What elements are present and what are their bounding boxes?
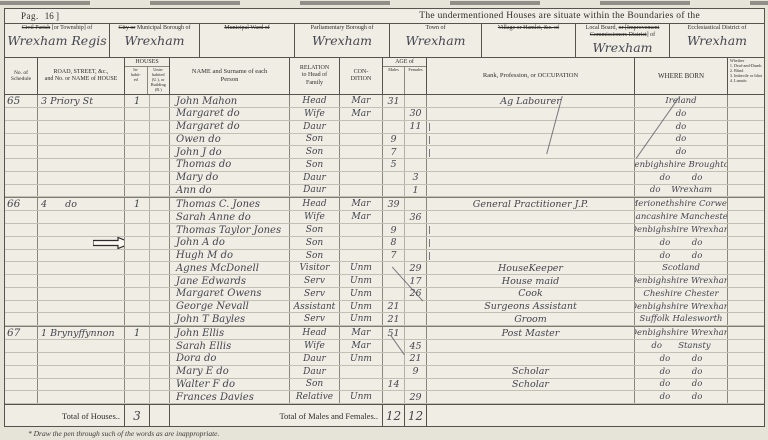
- col-inh-cell: [125, 211, 150, 223]
- col-inf-cell: [728, 391, 764, 403]
- pointer-arrow-icon: [93, 237, 125, 249]
- field-value: Wrexham: [312, 33, 372, 48]
- col-m-cell: [383, 185, 405, 197]
- col-sch-cell: [5, 379, 38, 391]
- table-row: Dora doDaurUnm21do do: [5, 353, 764, 366]
- totals-row: Total of Houses.. 3 Total of Males and F…: [5, 404, 764, 426]
- table-row: Margaret doWifeMar30do: [5, 108, 764, 121]
- col-rel-cell: Wife: [290, 211, 340, 223]
- col-uninh-cell: [150, 121, 170, 133]
- col-m-cell: [383, 288, 405, 300]
- col-street-cell: [38, 275, 125, 287]
- table-row: John A doSon8do do: [5, 237, 764, 250]
- col-sch-cell: [5, 340, 38, 352]
- col-occ-cell: [427, 185, 635, 197]
- col-inh-cell: [125, 262, 150, 274]
- col-street-cell: [38, 313, 125, 325]
- col-uninh-cell: [150, 288, 170, 300]
- col-f-cell: [405, 313, 427, 325]
- col-f-cell: [405, 379, 427, 391]
- table-row: Sarah EllisWifeMar45do Stansty: [5, 340, 764, 353]
- field-ecclesiastical-district: Ecclesiastical District of Wrexham: [670, 24, 764, 57]
- table-row: George NevallAssistantUnm21Surgeons Assi…: [5, 301, 764, 314]
- total-males-value: 12: [383, 405, 405, 426]
- col-m-cell: 9: [383, 224, 405, 236]
- field-label: Town of: [425, 25, 445, 32]
- col-inf-cell: [728, 211, 764, 223]
- col-name-cell: John Mahon: [170, 95, 290, 107]
- col-street-cell: [38, 121, 125, 133]
- col-rel-cell: Son: [290, 250, 340, 262]
- col-f-cell: [405, 159, 427, 171]
- col-occ-cell: [427, 121, 635, 133]
- col-occ-cell: Cook: [427, 288, 635, 300]
- col-inf-cell: [728, 327, 764, 339]
- scan-edge-artifact: [0, 1, 768, 5]
- col-m-cell: 5: [383, 159, 405, 171]
- table-row: Frances DaviesRelativeUnm29do do: [5, 391, 764, 404]
- col-sch-cell: [5, 366, 38, 378]
- col-born-cell: Lancashire Manchester: [635, 211, 728, 223]
- col-m-cell: 7: [383, 146, 405, 158]
- total-females-value: 12: [405, 405, 427, 426]
- col-born-cell: do do: [635, 379, 728, 391]
- col-rel-cell: Daur: [290, 366, 340, 378]
- col-f-cell: [405, 95, 427, 107]
- col-inf-cell: [728, 172, 764, 184]
- col-inf-cell: [728, 250, 764, 262]
- col-name-cell: Margaret Owens: [170, 288, 290, 300]
- col-cond-cell: Mar: [340, 327, 383, 339]
- col-cond-cell: Mar: [340, 211, 383, 223]
- col-cond-cell: Unm: [340, 262, 383, 274]
- col-street-cell: [38, 172, 125, 184]
- field-label: City or Municipal Borough of: [118, 25, 190, 32]
- col-uninh-cell: [150, 275, 170, 287]
- col-cond-cell: [340, 172, 383, 184]
- col-name-cell: Margaret do: [170, 108, 290, 120]
- col-name-cell: Thomas C. Jones: [170, 198, 290, 210]
- header-name: NAME and Surname of each Person: [170, 58, 290, 94]
- col-street-cell: [38, 379, 125, 391]
- table-row: Agnes McDonellVisitorUnm29HouseKeeperSco…: [5, 262, 764, 275]
- field-label: Ecclesiastical District of: [688, 25, 747, 32]
- col-rel-cell: Serv: [290, 275, 340, 287]
- header-street: ROAD, STREET, &c., and No. or NAME of HO…: [38, 58, 125, 94]
- col-uninh-cell: [150, 211, 170, 223]
- table-row: 653 Priory St1John MahonHeadMar31Ag Labo…: [5, 95, 764, 108]
- table-row: Thomas doSon5Denbighshire Broughton: [5, 159, 764, 172]
- col-name-cell: Hugh M do: [170, 250, 290, 262]
- col-sch-cell: [5, 224, 38, 236]
- col-f-cell: 29: [405, 262, 427, 274]
- col-m-cell: [383, 353, 405, 365]
- col-name-cell: Agnes McDonell: [170, 262, 290, 274]
- col-cond-cell: Unm: [340, 391, 383, 403]
- col-born-cell: Suffolk Halesworth: [635, 313, 728, 325]
- col-rel-cell: Wife: [290, 340, 340, 352]
- col-sch-cell: [5, 121, 38, 133]
- col-name-cell: Margaret do: [170, 121, 290, 133]
- col-cond-cell: Unm: [340, 353, 383, 365]
- col-name-cell: John Ellis: [170, 327, 290, 339]
- col-born-cell: do: [635, 108, 728, 120]
- col-m-cell: [383, 211, 405, 223]
- form-title-bar: Pag. 16 ] The undermentioned Houses are …: [5, 9, 764, 24]
- col-inf-cell: [728, 146, 764, 158]
- col-occ-cell: [427, 211, 635, 223]
- col-occ-cell: Ag Labourer: [427, 95, 635, 107]
- col-inh-cell: [125, 250, 150, 262]
- col-inf-cell: [728, 159, 764, 171]
- table-body: 653 Priory St1John MahonHeadMar31Ag Labo…: [5, 95, 764, 404]
- col-born-cell: Scotland: [635, 262, 728, 274]
- col-rel-cell: Wife: [290, 108, 340, 120]
- col-inf-cell: [728, 366, 764, 378]
- col-f-cell: [405, 198, 427, 210]
- col-street-cell: 3 Priory St: [38, 95, 125, 107]
- col-m-cell: 31: [383, 95, 405, 107]
- col-rel-cell: Head: [290, 95, 340, 107]
- table-row: Thomas Taylor JonesSon9Denbighshire Wrex…: [5, 224, 764, 237]
- col-uninh-cell: [150, 185, 170, 197]
- col-inh-cell: [125, 224, 150, 236]
- col-occ-cell: Surgeons Assistant: [427, 301, 635, 313]
- col-name-cell: Walter F do: [170, 379, 290, 391]
- col-rel-cell: Daur: [290, 353, 340, 365]
- col-name-cell: Dora do: [170, 353, 290, 365]
- col-uninh-cell: [150, 134, 170, 146]
- col-m-cell: [383, 172, 405, 184]
- col-occ-cell: Scholar: [427, 379, 635, 391]
- col-occ-cell: Groom: [427, 313, 635, 325]
- col-sch-cell: [5, 108, 38, 120]
- col-cond-cell: [340, 224, 383, 236]
- header-age: AGE of: [395, 58, 414, 66]
- enumerator-tick-mark: [429, 123, 430, 131]
- col-f-cell: [405, 327, 427, 339]
- field-label: Civil Parish [or Township] of: [22, 25, 92, 32]
- totals-spacer: [150, 405, 170, 426]
- col-uninh-cell: [150, 250, 170, 262]
- header-relation: RELATION to Head of Family: [290, 58, 340, 94]
- col-born-cell: do: [635, 121, 728, 133]
- col-f-cell: 3: [405, 172, 427, 184]
- col-occ-cell: [427, 146, 635, 158]
- col-cond-cell: Mar: [340, 340, 383, 352]
- col-rel-cell: Relative: [290, 391, 340, 403]
- col-rel-cell: Son: [290, 379, 340, 391]
- col-born-cell: do do: [635, 353, 728, 365]
- col-f-cell: 11: [405, 121, 427, 133]
- header-condition: CON- DITION: [340, 58, 383, 94]
- col-m-cell: 51: [383, 327, 405, 339]
- col-born-cell: do do: [635, 250, 728, 262]
- col-street-cell: 4 do: [38, 198, 125, 210]
- col-f-cell: 30: [405, 108, 427, 120]
- col-sch-cell: [5, 185, 38, 197]
- census-page: Pag. 16 ] The undermentioned Houses are …: [0, 0, 768, 440]
- field-value: Wrexham: [405, 33, 465, 48]
- col-inh-cell: [125, 340, 150, 352]
- col-born-cell: Merionethshire Corwen: [635, 198, 728, 210]
- enumerator-tick-mark: [429, 149, 430, 157]
- col-rel-cell: Son: [290, 224, 340, 236]
- table-row: Sarah Anne doWifeMar36Lancashire Manches…: [5, 211, 764, 224]
- header-age-group: AGE of Males Females: [383, 58, 427, 94]
- col-inf-cell: [728, 313, 764, 325]
- col-f-cell: 45: [405, 340, 427, 352]
- table-row: Jane EdwardsServUnm17House maidDenbighsh…: [5, 275, 764, 288]
- enumerator-tick-mark: [429, 252, 430, 260]
- col-inh-cell: [125, 391, 150, 403]
- col-inh-cell: [125, 108, 150, 120]
- table-row: Mary doDaur3do do: [5, 172, 764, 185]
- col-born-cell: Cheshire Chester: [635, 288, 728, 300]
- col-inf-cell: [728, 134, 764, 146]
- col-inh-cell: [125, 121, 150, 133]
- col-f-cell: [405, 146, 427, 158]
- col-uninh-cell: [150, 340, 170, 352]
- field-label: Municipal Ward of: [224, 25, 269, 32]
- boundary-fields-row: Civil Parish [or Township] of Wrexham Re…: [5, 24, 764, 58]
- enumerator-tick-mark: [429, 136, 430, 144]
- col-inh-cell: [125, 353, 150, 365]
- col-cond-cell: [340, 121, 383, 133]
- total-houses-label: Total of Houses..: [5, 405, 125, 426]
- page-number: 16 ]: [45, 11, 59, 21]
- header-houses: HOUSES: [135, 58, 158, 66]
- col-name-cell: Thomas Taylor Jones: [170, 224, 290, 236]
- col-inh-cell: 1: [125, 95, 150, 107]
- col-m-cell: 21: [383, 313, 405, 325]
- col-street-cell: [38, 366, 125, 378]
- col-inf-cell: [728, 185, 764, 197]
- table-row: John J doSon7do: [5, 146, 764, 159]
- col-cond-cell: Mar: [340, 108, 383, 120]
- col-rel-cell: Assistant: [290, 301, 340, 313]
- col-f-cell: 36: [405, 211, 427, 223]
- col-name-cell: Ann do: [170, 185, 290, 197]
- col-occ-cell: [427, 237, 635, 249]
- table-row: John T BaylesServUnm21GroomSuffolk Hales…: [5, 313, 764, 326]
- col-born-cell: do do: [635, 237, 728, 249]
- col-name-cell: Owen do: [170, 134, 290, 146]
- col-cond-cell: [340, 146, 383, 158]
- col-sch-cell: [5, 353, 38, 365]
- col-rel-cell: Daur: [290, 172, 340, 184]
- col-uninh-cell: [150, 237, 170, 249]
- col-occ-cell: [427, 353, 635, 365]
- col-sch-cell: [5, 391, 38, 403]
- col-sch-cell: [5, 146, 38, 158]
- col-born-cell: Ireland: [635, 95, 728, 107]
- field-municipal-ward: Municipal Ward of: [200, 24, 295, 57]
- col-street-cell: [38, 353, 125, 365]
- col-uninh-cell: [150, 95, 170, 107]
- col-cond-cell: Mar: [340, 95, 383, 107]
- col-uninh-cell: [150, 262, 170, 274]
- col-inf-cell: [728, 353, 764, 365]
- col-street-cell: [38, 159, 125, 171]
- col-cond-cell: [340, 159, 383, 171]
- col-rel-cell: Daur: [290, 185, 340, 197]
- table-row: 664 do1Thomas C. JonesHeadMar39General P…: [5, 197, 764, 211]
- col-name-cell: Sarah Ellis: [170, 340, 290, 352]
- col-born-cell: do do: [635, 366, 728, 378]
- table-row: 671 Brynyffynnon1John EllisHeadMar51Post…: [5, 326, 764, 340]
- col-born-cell: Denbighshire Wrexham: [635, 327, 728, 339]
- col-name-cell: Sarah Anne do: [170, 211, 290, 223]
- table-row: Ann doDaur1do Wrexham: [5, 185, 764, 198]
- col-inh-cell: [125, 185, 150, 197]
- col-street-cell: [38, 288, 125, 300]
- col-cond-cell: Unm: [340, 313, 383, 325]
- col-born-cell: do: [635, 146, 728, 158]
- col-uninh-cell: [150, 301, 170, 313]
- table-row: Walter F doSon14Scholardo do: [5, 379, 764, 392]
- col-uninh-cell: [150, 379, 170, 391]
- col-cond-cell: Unm: [340, 275, 383, 287]
- col-name-cell: Jane Edwards: [170, 275, 290, 287]
- col-occ-cell: [427, 340, 635, 352]
- table-header-row: No. of Schedule ROAD, STREET, &c., and N…: [5, 58, 764, 95]
- col-m-cell: 8: [383, 237, 405, 249]
- col-f-cell: [405, 250, 427, 262]
- col-uninh-cell: [150, 172, 170, 184]
- col-street-cell: [38, 185, 125, 197]
- col-rel-cell: Son: [290, 237, 340, 249]
- col-born-cell: Denbighshire Wrexham: [635, 275, 728, 287]
- col-street-cell: [38, 146, 125, 158]
- col-occ-cell: [427, 108, 635, 120]
- col-uninh-cell: [150, 353, 170, 365]
- col-inh-cell: [125, 237, 150, 249]
- col-cond-cell: Unm: [340, 301, 383, 313]
- col-uninh-cell: [150, 391, 170, 403]
- col-inf-cell: [728, 95, 764, 107]
- col-street-cell: [38, 340, 125, 352]
- col-occ-cell: Scholar: [427, 366, 635, 378]
- houses-subheader: In- habit- ed Unin- habited (U.), or Bui…: [125, 66, 169, 94]
- col-uninh-cell: [150, 159, 170, 171]
- col-inh-cell: [125, 301, 150, 313]
- col-rel-cell: Son: [290, 159, 340, 171]
- col-born-cell: do Stansty: [635, 340, 728, 352]
- col-uninh-cell: [150, 146, 170, 158]
- col-street-cell: [38, 134, 125, 146]
- col-cond-cell: [340, 134, 383, 146]
- col-cond-cell: [340, 366, 383, 378]
- col-name-cell: George Nevall: [170, 301, 290, 313]
- col-street-cell: [38, 250, 125, 262]
- col-m-cell: [383, 391, 405, 403]
- col-street-cell: [38, 391, 125, 403]
- header-inhabited: In- habit- ed: [125, 67, 148, 94]
- field-value: Wrexham Regis: [7, 33, 106, 48]
- col-uninh-cell: [150, 224, 170, 236]
- col-uninh-cell: [150, 198, 170, 210]
- col-sch-cell: [5, 313, 38, 325]
- col-occ-cell: HouseKeeper: [427, 262, 635, 274]
- table-row: Mary E doDaur9Scholardo do: [5, 366, 764, 379]
- col-cond-cell: [340, 185, 383, 197]
- field-value: Wrexham: [124, 33, 184, 48]
- col-sch-cell: 65: [5, 95, 38, 107]
- age-subheader: Males Females: [383, 66, 426, 94]
- col-f-cell: 1: [405, 185, 427, 197]
- header-age-females: Females: [405, 67, 426, 94]
- col-inf-cell: [728, 262, 764, 274]
- header-houses-group: HOUSES In- habit- ed Unin- habited (U.),…: [125, 58, 170, 94]
- col-inf-cell: [728, 301, 764, 313]
- col-sch-cell: [5, 250, 38, 262]
- header-infirmity: Whether 1. Deaf-and-Dumb 2. Blind 3. Imb…: [728, 58, 764, 94]
- col-uninh-cell: [150, 327, 170, 339]
- col-m-cell: 9: [383, 134, 405, 146]
- col-street-cell: [38, 224, 125, 236]
- col-inf-cell: [728, 379, 764, 391]
- header-occupation: Rank, Profession, or OCCUPATION: [427, 58, 635, 94]
- field-town: Town of Wrexham: [390, 24, 482, 57]
- col-rel-cell: Visitor: [290, 262, 340, 274]
- form-frame: Pag. 16 ] The undermentioned Houses are …: [4, 8, 765, 427]
- col-occ-cell: [427, 250, 635, 262]
- col-inf-cell: [728, 340, 764, 352]
- col-occ-cell: [427, 134, 635, 146]
- header-where-born: WHERE BORN: [635, 58, 728, 94]
- col-inf-cell: [728, 224, 764, 236]
- col-rel-cell: Head: [290, 327, 340, 339]
- field-value: Wrexham: [687, 33, 747, 48]
- form-footnote: * Draw the pen through such of the words…: [28, 429, 219, 438]
- col-m-cell: [383, 108, 405, 120]
- col-sch-cell: [5, 275, 38, 287]
- col-sch-cell: 66: [5, 198, 38, 210]
- col-rel-cell: Son: [290, 146, 340, 158]
- col-street-cell: 1 Brynyffynnon: [38, 327, 125, 339]
- col-rel-cell: Serv: [290, 288, 340, 300]
- field-municipal-borough: City or Municipal Borough of Wrexham: [110, 24, 200, 57]
- col-rel-cell: Serv: [290, 313, 340, 325]
- col-sch-cell: [5, 172, 38, 184]
- col-name-cell: Mary E do: [170, 366, 290, 378]
- col-inf-cell: [728, 108, 764, 120]
- page-label: Pag.: [5, 11, 39, 21]
- col-street-cell: [38, 237, 125, 249]
- col-born-cell: Denbighshire Broughton: [635, 159, 728, 171]
- header-uninhabited: Unin- habited (U.), or Building (B.): [148, 67, 170, 94]
- col-inh-cell: [125, 379, 150, 391]
- col-inh-cell: [125, 313, 150, 325]
- col-born-cell: do do: [635, 391, 728, 403]
- col-sch-cell: [5, 301, 38, 313]
- col-cond-cell: [340, 250, 383, 262]
- col-inh-cell: [125, 134, 150, 146]
- enumerator-tick-mark: [429, 239, 430, 247]
- col-m-cell: 21: [383, 301, 405, 313]
- col-rel-cell: Daur: [290, 121, 340, 133]
- header-age-males: Males: [383, 67, 405, 94]
- col-m-cell: [383, 366, 405, 378]
- col-uninh-cell: [150, 108, 170, 120]
- col-born-cell: do do: [635, 172, 728, 184]
- col-inh-cell: [125, 159, 150, 171]
- col-m-cell: 39: [383, 198, 405, 210]
- col-street-cell: [38, 262, 125, 274]
- col-sch-cell: [5, 211, 38, 223]
- col-inh-cell: [125, 366, 150, 378]
